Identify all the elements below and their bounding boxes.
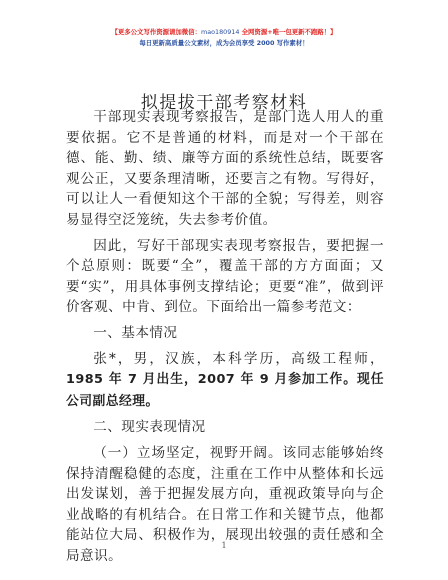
basic-info-dates: 1985 年 7 月出生，2007 年 9 月参加工作。现任公司副总经理。 [66,372,384,409]
document-body: 干部现实表现考察报告，是部门选人用人的重要依据。它不是普通的材料，而是对一个干部… [66,107,384,571]
promo-banner-line-1: 【更多公文写作资源请加微信：mao180914 全网资源+唯一包更新不跑路！】 [0,28,448,37]
page-number: 1 [0,541,448,550]
promo-text-right: 全网资源+唯一包更新不跑路！】 [239,28,336,36]
intro-paragraph-2: 因此，写好干部现实表现考察报告，要把握一个总原则：既要“全”，覆盖干部的方方面面… [66,236,384,318]
promo-banner-line-2: 每日更新高质量公文素材，成为会员享受 2000 写作素材！ [0,39,448,48]
basic-info-paragraph: 张*，男，汉族，本科学历，高级工程师，1985 年 7 月出生，2007 年 9… [66,349,384,413]
basic-info-text: 张*，男，汉族，本科学历，高级工程师， [93,351,384,367]
section-heading-performance: 二、现实表现情况 [66,417,384,438]
intro-paragraph-1: 干部现实表现考察报告，是部门选人用人的重要依据。它不是普通的材料，而是对一个干部… [66,107,384,231]
promo-wechat-id: mao180914 [201,28,239,36]
promo-text-left: 【更多公文写作资源请加微信： [112,28,201,36]
section-heading-basic-info: 一、基本情况 [66,323,384,344]
document-page: 【更多公文写作资源请加微信：mao180914 全网资源+唯一包更新不跑路！】 … [0,0,448,580]
